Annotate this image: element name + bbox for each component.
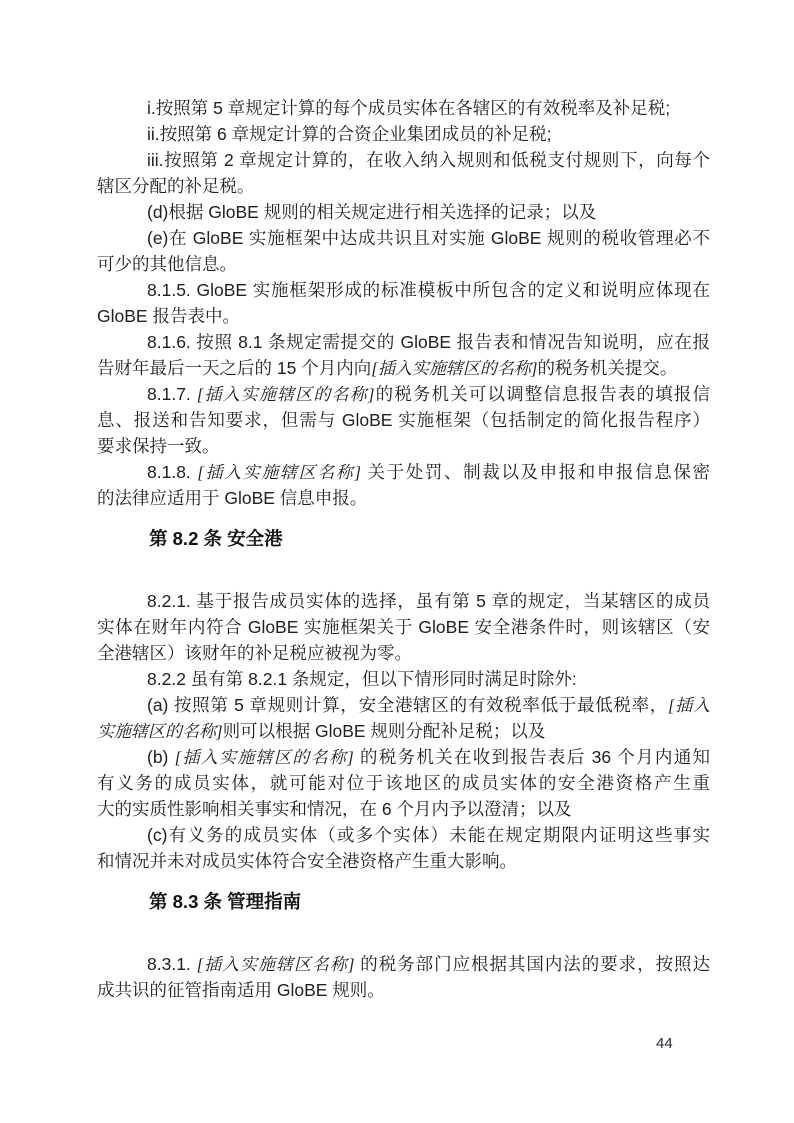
- text-line: 8.1.7. [插入实施辖区的名称]的税务机关可以调整信息报告表的填报信: [97, 381, 710, 407]
- text-segment: 有义务的成员实体，就可能对位于该地区的成员实体的安全港资格产生重: [97, 773, 710, 793]
- text-line: GloBE 报告表中。: [97, 303, 710, 329]
- jurisdiction-placeholder: [插入: [668, 696, 710, 715]
- text-segment: (c)有义务的成员实体（或多个实体）未能在规定期限内证明这些事实: [147, 825, 710, 845]
- text-line: 实施辖区的名称]则可以根据 GloBE 规则分配补足税；以及: [97, 718, 710, 744]
- text-segment: GloBE 报告表中。: [97, 306, 240, 326]
- page-body: i.按照第 5 章规定计算的每个成员实体在各辖区的有效税率及补足税;ii.按照第…: [97, 95, 710, 1003]
- text-line: (a) 按照第 5 章规则计算，安全港辖区的有效税率低于最低税率，[插入: [97, 692, 710, 718]
- text-line: 8.2.2 虽有第 8.2.1 条规定，但以下情形同时满足时除外:: [97, 666, 710, 692]
- text-line: 8.1.8. [插入实施辖区名称] 关于处罚、制裁以及申报和申报信息保密: [97, 459, 710, 485]
- jurisdiction-placeholder: [插入实施辖区的名称]: [197, 385, 375, 404]
- text-line: (e)在 GloBE 实施框架中达成共识且对实施 GloBE 规则的税收管理必不: [97, 225, 710, 251]
- text-line: 大的实质性影响相关事实和情况，在 6 个月内予以澄清；以及: [97, 796, 710, 822]
- text-segment: (a) 按照第 5 章规则计算，安全港辖区的有效税率低于最低税率，: [147, 695, 668, 715]
- text-segment: 第 8.2 条 安全港: [149, 528, 283, 549]
- section-heading-safe-harbour: 第 8.2 条 安全港: [97, 526, 710, 552]
- text-line: 8.2.1. 基于报告成员实体的选择，虽有第 5 章的规定，当某辖区的成员: [97, 588, 710, 614]
- text-segment: 的法律应适用于 GloBE 信息申报。: [97, 488, 367, 508]
- text-segment: 8.2.1. 基于报告成员实体的选择，虽有第 5 章的规定，当某辖区的成员: [147, 591, 710, 611]
- text-segment: 和情况并未对成员实体符合安全港资格产生重大影响。: [97, 851, 517, 871]
- text-segment: 则可以根据 GloBE 规则分配补足税；以及: [223, 721, 546, 741]
- text-segment: ii.按照第 6 章规定计算的合资企业集团成员的补足税;: [147, 124, 551, 144]
- jurisdiction-placeholder: [插入实施辖区名称]: [197, 463, 361, 482]
- text-line: (d)根据 GloBE 规则的相关规定进行相关选择的记录；以及: [97, 199, 710, 225]
- text-line: 告财年最后一天之后的 15 个月内向[插入实施辖区的名称]的税务机关提交。: [97, 355, 710, 381]
- text-segment: 要求保持一致。: [97, 436, 220, 456]
- text-line: 可少的其他信息。: [97, 251, 710, 277]
- text-segment: 辖区分配的补足税。: [97, 176, 255, 196]
- text-segment: 的税务机关提交。: [537, 358, 677, 378]
- text-segment: 第 8.3 条 管理指南: [149, 891, 301, 912]
- text-segment: (d)根据 GloBE 规则的相关规定进行相关选择的记录；以及: [147, 202, 596, 222]
- text-segment: 8.1.6. 按照 8.1 条规定需提交的 GloBE 报告表和情况告知说明，应…: [147, 332, 710, 352]
- text-segment: 大的实质性影响相关事实和情况，在 6 个月内予以澄清；以及: [97, 799, 571, 819]
- text-line: 8.1.5. GloBE 实施框架形成的标准模板中所包含的定义和说明应体现在: [97, 277, 710, 303]
- text-segment: 全港辖区）该财年的补足税应被视为零。: [97, 643, 412, 663]
- text-line: 8.1.6. 按照 8.1 条规定需提交的 GloBE 报告表和情况告知说明，应…: [97, 329, 710, 355]
- jurisdiction-placeholder: [插入实施辖区的名称]: [371, 359, 537, 378]
- text-segment: 的税务机关可以调整信息报告表的填报信: [374, 384, 710, 404]
- text-segment: 告财年最后一天之后的 15 个月内向: [97, 358, 371, 378]
- text-segment: 8.1.5. GloBE 实施框架形成的标准模板中所包含的定义和说明应体现在: [147, 280, 710, 300]
- text-line: 辖区分配的补足税。: [97, 173, 710, 199]
- text-segment: 关于处罚、制裁以及申报和申报信息保密: [361, 462, 710, 482]
- text-line: (b) [插入实施辖区的名称] 的税务机关在收到报告表后 36 个月内通知: [97, 744, 710, 770]
- text-line: iii.按照第 2 章规定计算的，在收入纳入规则和低税支付规则下，向每个: [97, 147, 710, 173]
- text-segment: 8.1.8.: [147, 462, 197, 482]
- text-segment: 8.1.7.: [147, 384, 197, 404]
- text-line: 息、报送和告知要求，但需与 GloBE 实施框架（包括制定的简化报告程序）: [97, 407, 710, 433]
- text-segment: 可少的其他信息。: [97, 254, 237, 274]
- text-segment: 成共识的征管指南适用 GloBE 规则。: [97, 980, 385, 1000]
- text-line: 全港辖区）该财年的补足税应被视为零。: [97, 640, 710, 666]
- text-line: 8.3.1. [插入实施辖区名称] 的税务部门应根据其国内法的要求，按照达: [97, 951, 710, 977]
- jurisdiction-placeholder: [插入实施辖区名称]: [197, 955, 355, 974]
- text-segment: (b): [147, 747, 175, 767]
- text-line: 要求保持一致。: [97, 433, 710, 459]
- text-line: ii.按照第 6 章规定计算的合资企业集团成员的补足税;: [97, 121, 710, 147]
- text-segment: 的税务部门应根据其国内法的要求，按照达: [354, 954, 710, 974]
- text-segment: 实体在财年内符合 GloBE 实施框架关于 GloBE 安全港条件时，则该辖区（…: [97, 617, 710, 637]
- text-line: i.按照第 5 章规定计算的每个成员实体在各辖区的有效税率及补足税;: [97, 95, 710, 121]
- jurisdiction-placeholder: [插入实施辖区的名称]: [175, 748, 354, 767]
- text-line: 成共识的征管指南适用 GloBE 规则。: [97, 977, 710, 1003]
- text-segment: 8.2.2 虽有第 8.2.1 条规定，但以下情形同时满足时除外:: [147, 669, 577, 689]
- text-segment: 8.3.1.: [147, 954, 197, 974]
- text-segment: 的税务机关在收到报告表后 36 个月内通知: [354, 747, 710, 767]
- text-line: 有义务的成员实体，就可能对位于该地区的成员实体的安全港资格产生重: [97, 770, 710, 796]
- jurisdiction-placeholder: 实施辖区的名称]: [97, 722, 223, 741]
- text-segment: (e)在 GloBE 实施框架中达成共识且对实施 GloBE 规则的税收管理必不: [147, 228, 710, 248]
- text-line: 的法律应适用于 GloBE 信息申报。: [97, 485, 710, 511]
- text-segment: 息、报送和告知要求，但需与 GloBE 实施框架（包括制定的简化报告程序）: [97, 410, 710, 430]
- text-line: 实体在财年内符合 GloBE 实施框架关于 GloBE 安全港条件时，则该辖区（…: [97, 614, 710, 640]
- text-line: (c)有义务的成员实体（或多个实体）未能在规定期限内证明这些事实: [97, 822, 710, 848]
- text-segment: i.按照第 5 章规定计算的每个成员实体在各辖区的有效税率及补足税;: [147, 98, 670, 118]
- text-segment: iii.按照第 2 章规定计算的，在收入纳入规则和低税支付规则下，向每个: [147, 150, 710, 170]
- page-number: 44: [656, 1034, 696, 1054]
- text-line: 和情况并未对成员实体符合安全港资格产生重大影响。: [97, 848, 710, 874]
- section-heading-administration-guidance: 第 8.3 条 管理指南: [97, 889, 710, 915]
- document-page: i.按照第 5 章规定计算的每个成员实体在各辖区的有效税率及补足税;ii.按照第…: [0, 0, 794, 1123]
